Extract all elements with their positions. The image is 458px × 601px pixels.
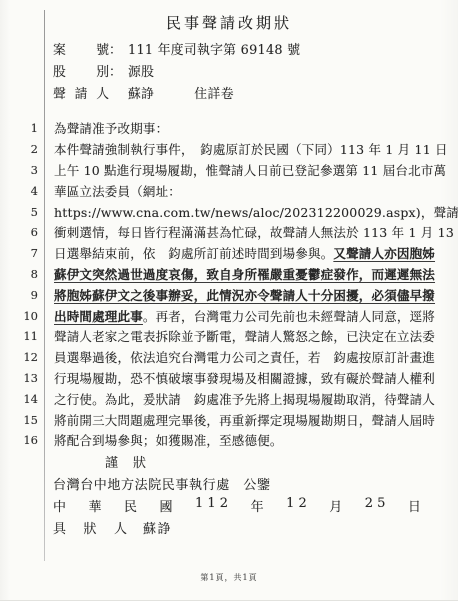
line-number: 12	[0, 350, 38, 364]
line-number: 13	[0, 371, 38, 385]
body-line: 16將配合到場參與；如獲賜准，至感德便。	[0, 430, 458, 451]
body-line: 6衝刺選情，每日皆行程滿滿甚為忙碌，故聲請人無法於 113 年 1 月 13	[0, 222, 458, 243]
date-part: 民	[124, 496, 137, 515]
date-part: 2 5	[365, 496, 386, 515]
line-number: 5	[0, 205, 38, 219]
body-line: 3上午 10 點進行現場履勘，惟聲請人日前已登記參選第 11 屆台北市萬	[0, 160, 458, 181]
text-segment: 為聲請准予改期事：	[54, 121, 168, 136]
text-segment: 員選舉過後，依法追究台灣電力公司之責任，若 鈞處按原訂計畫進	[54, 350, 435, 365]
underlined-segment: 出時間處理此事	[54, 309, 143, 324]
field-colon: ：	[109, 39, 124, 58]
line-text: 日選舉結束前，依 鈞處所訂前述時間到場參與。又聲請人亦因胞姊	[54, 244, 435, 262]
field-value: 源股	[128, 61, 154, 80]
date-part: 國	[160, 496, 173, 515]
date-part: 1 2	[286, 496, 307, 515]
line-number: 8	[0, 267, 38, 281]
date-part: 年	[251, 496, 264, 515]
underlined-segment: 將胞姊蘇伊文之後事辦妥，此情況亦令聲請人十分困擾，必須儘早撥	[54, 288, 435, 303]
text-segment: 行現場履勘，恐不慎破壞事發現場及相關證據，致有礙於聲請人權利	[54, 371, 435, 386]
body-line: 7日選舉結束前，依 鈞處所訂前述時間到場參與。又聲請人亦因胞姊	[0, 243, 458, 264]
text-segment: 衝刺選情，每日皆行程滿滿甚為忙碌，故聲請人無法於 113 年 1 月 13	[54, 225, 454, 240]
text-segment: 本件聲請強制執行事件， 鈞處原訂於民國（下同）113 年 1 月 11 日	[54, 142, 448, 157]
case-field-row: 案號：111 年度司執字第 69148 號	[53, 37, 300, 59]
field-colon: ：	[109, 61, 124, 80]
line-text: 之行使。為此，爰狀請 鈞處准予先將上揭現場履勘取消，待聲請人	[54, 390, 435, 408]
field-value: 蘇諍	[128, 83, 154, 102]
line-text: 華區立法委員（網址：	[54, 182, 181, 200]
line-text: 將配合到場參與；如獲賜准，至感德便。	[54, 431, 283, 449]
line-number: 1	[0, 121, 38, 135]
body-line: 10出時間處理此事。再者，台灣電力公司先前也未經聲請人同意，逕將	[0, 305, 458, 326]
body-line: 2本件聲請強制執行事件， 鈞處原訂於民國（下同）113 年 1 月 11 日	[0, 139, 458, 160]
line-text: 員選舉過後，依法追究台灣電力公司之責任，若 鈞處按原訂計畫進	[54, 348, 435, 366]
date-part: 月	[329, 496, 342, 515]
field-value: 111 年度司執字第 69148 號	[128, 39, 300, 58]
line-text: 將前開三大問題處理完畢後，再重新擇定現場履勘期日，聲請人屆時	[54, 411, 435, 429]
line-number: 11	[0, 329, 38, 343]
document-title: 民事聲請改期狀	[0, 12, 458, 33]
underlined-segment: 蘇伊文突然過世過度哀傷，致自身所罹嚴重憂鬱症發作，而遲遲無法	[54, 267, 435, 282]
page-number-footer: 第1頁，共1頁	[0, 572, 458, 583]
body-line: 8蘇伊文突然過世過度哀傷，致自身所罹嚴重憂鬱症發作，而遲遲無法	[0, 264, 458, 285]
signer-label: 具狀人	[53, 518, 127, 537]
underlined-segment: 又聲請人亦因胞姊	[333, 246, 435, 261]
text-segment: 華區立法委員（網址：	[54, 184, 181, 199]
body-line: 4華區立法委員（網址：	[0, 180, 458, 201]
body-line: 12員選舉過後，依法追究台灣電力公司之責任，若 鈞處按原訂計畫進	[0, 347, 458, 368]
text-segment: 日選舉結束前，依 鈞處所訂前述時間到場參與。	[54, 246, 333, 261]
line-text: https://www.cna.com.tw/news/aloc/2023122…	[54, 203, 458, 221]
roc-date-line: 中華民國1 1 2年1 2月2 5日	[53, 496, 421, 515]
line-number: 16	[0, 433, 38, 447]
line-text: 本件聲請強制執行事件， 鈞處原訂於民國（下同）113 年 1 月 11 日	[54, 140, 448, 158]
line-number: 7	[0, 246, 38, 260]
text-segment: 將配合到場參與；如獲賜准，至感德便。	[54, 433, 283, 448]
text-segment: 將前開三大問題處理完畢後，再重新擇定現場履勘期日，聲請人屆時	[54, 413, 435, 428]
line-number: 15	[0, 413, 38, 427]
scanned-petition-page: 民事聲請改期狀 案號：111 年度司執字第 69148 號股別：源股聲請人蘇諍住…	[0, 0, 458, 601]
text-segment: 之行使。為此，爰狀請 鈞處准予先將上揭現場履勘取消，待聲請人	[54, 392, 435, 407]
line-number: 6	[0, 225, 38, 239]
line-text: 蘇伊文突然過世過度哀傷，致自身所罹嚴重憂鬱症發作，而遲遲無法	[54, 265, 435, 283]
line-text: 衝刺選情，每日皆行程滿滿甚為忙碌，故聲請人無法於 113 年 1 月 13	[54, 223, 454, 241]
line-number: 10	[0, 309, 38, 323]
text-segment: https://www.cna.com.tw/news/aloc/2023122…	[54, 205, 458, 220]
field-label: 股別	[53, 61, 109, 80]
signer-name: 蘇諍	[143, 518, 172, 537]
line-text: 聲請人老家之電表拆除並予斷電，聲請人驚怒之餘，已決定在立法委	[54, 327, 435, 345]
line-number: 9	[0, 288, 38, 302]
text-segment: 。再者，台灣電力公司先前也未經聲請人同意，逕將	[143, 309, 435, 324]
body-line: 1為聲請准予改期事：	[0, 118, 458, 139]
field-extra: 住詳卷	[194, 83, 234, 102]
text-segment: 上午 10 點進行現場履勘，惟聲請人日前已登記參選第 11 屆台北市萬	[54, 163, 446, 178]
date-part: 華	[89, 496, 102, 515]
date-part: 日	[408, 496, 421, 515]
jin-zhuang-closing: 謹 狀	[105, 452, 147, 471]
line-number: 3	[0, 163, 38, 177]
line-text: 上午 10 點進行現場履勘，惟聲請人日前已登記參選第 11 屆台北市萬	[54, 161, 446, 179]
body-line: 14之行使。為此，爰狀請 鈞處准予先將上揭現場履勘取消，待聲請人	[0, 388, 458, 409]
body-line: 5https://www.cna.com.tw/news/aloc/202312…	[0, 201, 458, 222]
court-name-line: 台灣台中地方法院民事執行處 公鑒	[53, 474, 271, 493]
line-number: 4	[0, 184, 38, 198]
body-line: 15將前開三大問題處理完畢後，再重新擇定現場履勘期日，聲請人屆時	[0, 409, 458, 430]
line-text: 出時間處理此事。再者，台灣電力公司先前也未經聲請人同意，逕將	[54, 307, 435, 325]
field-label: 聲請人	[53, 83, 109, 102]
body-line: 11聲請人老家之電表拆除並予斷電，聲請人驚怒之餘，已決定在立法委	[0, 326, 458, 347]
petition-body: 1為聲請准予改期事：2本件聲請強制執行事件， 鈞處原訂於民國（下同）113 年 …	[0, 118, 458, 451]
case-field-row: 股別：源股	[53, 59, 300, 81]
line-text: 將胞姊蘇伊文之後事辦妥，此情況亦令聲請人十分困擾，必須儘早撥	[54, 286, 435, 304]
date-part: 1 1 2	[195, 496, 228, 515]
date-part: 中	[53, 496, 66, 515]
field-label: 案號	[53, 39, 109, 58]
line-number: 2	[0, 142, 38, 156]
signer-row: 具狀人 蘇諍	[53, 518, 172, 537]
body-line: 13行現場履勘，恐不慎破壞事發現場及相關證據，致有礙於聲請人權利	[0, 368, 458, 389]
line-number: 14	[0, 392, 38, 406]
body-line: 9將胞姊蘇伊文之後事辦妥，此情況亦令聲請人十分困擾，必須儘早撥	[0, 284, 458, 305]
case-header: 案號：111 年度司執字第 69148 號股別：源股聲請人蘇諍住詳卷	[53, 37, 300, 104]
case-field-row: 聲請人蘇諍住詳卷	[53, 82, 300, 104]
text-segment: 聲請人老家之電表拆除並予斷電，聲請人驚怒之餘，已決定在立法委	[54, 329, 435, 344]
line-text: 行現場履勘，恐不慎破壞事發現場及相關證據，致有礙於聲請人權利	[54, 369, 435, 387]
line-text: 為聲請准予改期事：	[54, 119, 168, 137]
